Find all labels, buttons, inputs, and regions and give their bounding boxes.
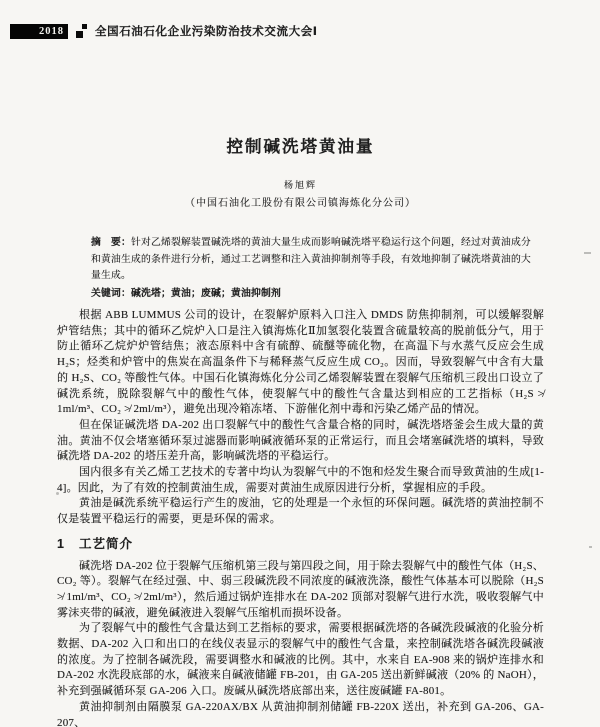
author-name: 杨旭辉 — [57, 179, 544, 191]
scanned-paper-page: 2018 全国石油石化企业污染防治技术交流大会Ⅰ 控制碱洗塔黄油量 杨旭辉 （中… — [0, 0, 600, 727]
abstract-label: 摘 要： — [91, 237, 131, 248]
section-title: 工艺简介 — [79, 537, 133, 551]
body-text: 根据 ABB LUMMUS 公司的设计，在裂解炉原料入口注入 DMDS 防焦抑制… — [57, 308, 544, 727]
abstract-block: 摘 要：针对乙烯裂解装置碱洗塔的黄油大量生成而影响碱洗塔平稳运行这个问题，经过对… — [91, 235, 531, 285]
section-paragraph: 黄油抑制剂由隔膜泵 GA-220AX/BX 从黄油抑制剂储罐 FB-220X 送… — [57, 700, 544, 727]
intro-paragraph: 但在保证碱洗塔 DA-202 出口裂解气中的酸性气含量合格的同时，碱洗塔塔釜会生… — [57, 418, 544, 465]
section-1-heading: 1工艺简介 — [57, 537, 544, 553]
year-badge: 2018 — [10, 24, 68, 39]
running-head: 2018 全国石油石化企业污染防治技术交流大会Ⅰ — [10, 23, 318, 39]
section-paragraph: 碱洗塔 DA-202 位于裂解气压缩机第三段与第四段之间，用于除去裂解气中的酸性… — [57, 559, 544, 622]
scan-artifact — [56, 492, 59, 495]
intro-paragraph: 根据 ABB LUMMUS 公司的设计，在裂解炉原料入口注入 DMDS 防焦抑制… — [57, 308, 544, 418]
author-affiliation: （中国石油化工股份有限公司镇海炼化分公司） — [57, 197, 544, 210]
keywords-label: 关键词： — [91, 288, 131, 299]
keywords-text: 碱洗塔；黄油；废碱；黄油抑制剂 — [131, 288, 281, 299]
conference-title: 全国石油石化企业污染防治技术交流大会Ⅰ — [95, 23, 318, 39]
page-content: 控制碱洗塔黄油量 杨旭辉 （中国石油化工股份有限公司镇海炼化分公司） 摘 要：针… — [0, 0, 600, 727]
section-paragraph: 为了裂解气中的酸性气含量达到工艺指标的要求，需要根据碱洗塔的各碱洗段碱液的化验分… — [57, 621, 544, 700]
abstract-text: 针对乙烯裂解装置碱洗塔的黄油大量生成而影响碱洗塔平稳运行这个问题，经过对黄油成分… — [91, 237, 531, 281]
intro-paragraph: 国内很多有关乙烯工艺技术的专著中均认为裂解气中的不饱和烃发生聚合而导致黄油的生成… — [57, 465, 544, 496]
scan-artifact — [584, 252, 591, 254]
keywords-line: 关键词：碱洗塔；黄油；废碱；黄油抑制剂 — [91, 286, 531, 303]
conference-logo-icon — [76, 24, 88, 38]
section-number: 1 — [57, 537, 65, 551]
scan-artifact — [589, 546, 592, 548]
intro-paragraph: 黄油是碱洗系统平稳运行产生的废油，它的处理是一个永恒的环保问题。碱洗塔的黄油控制… — [57, 496, 544, 527]
